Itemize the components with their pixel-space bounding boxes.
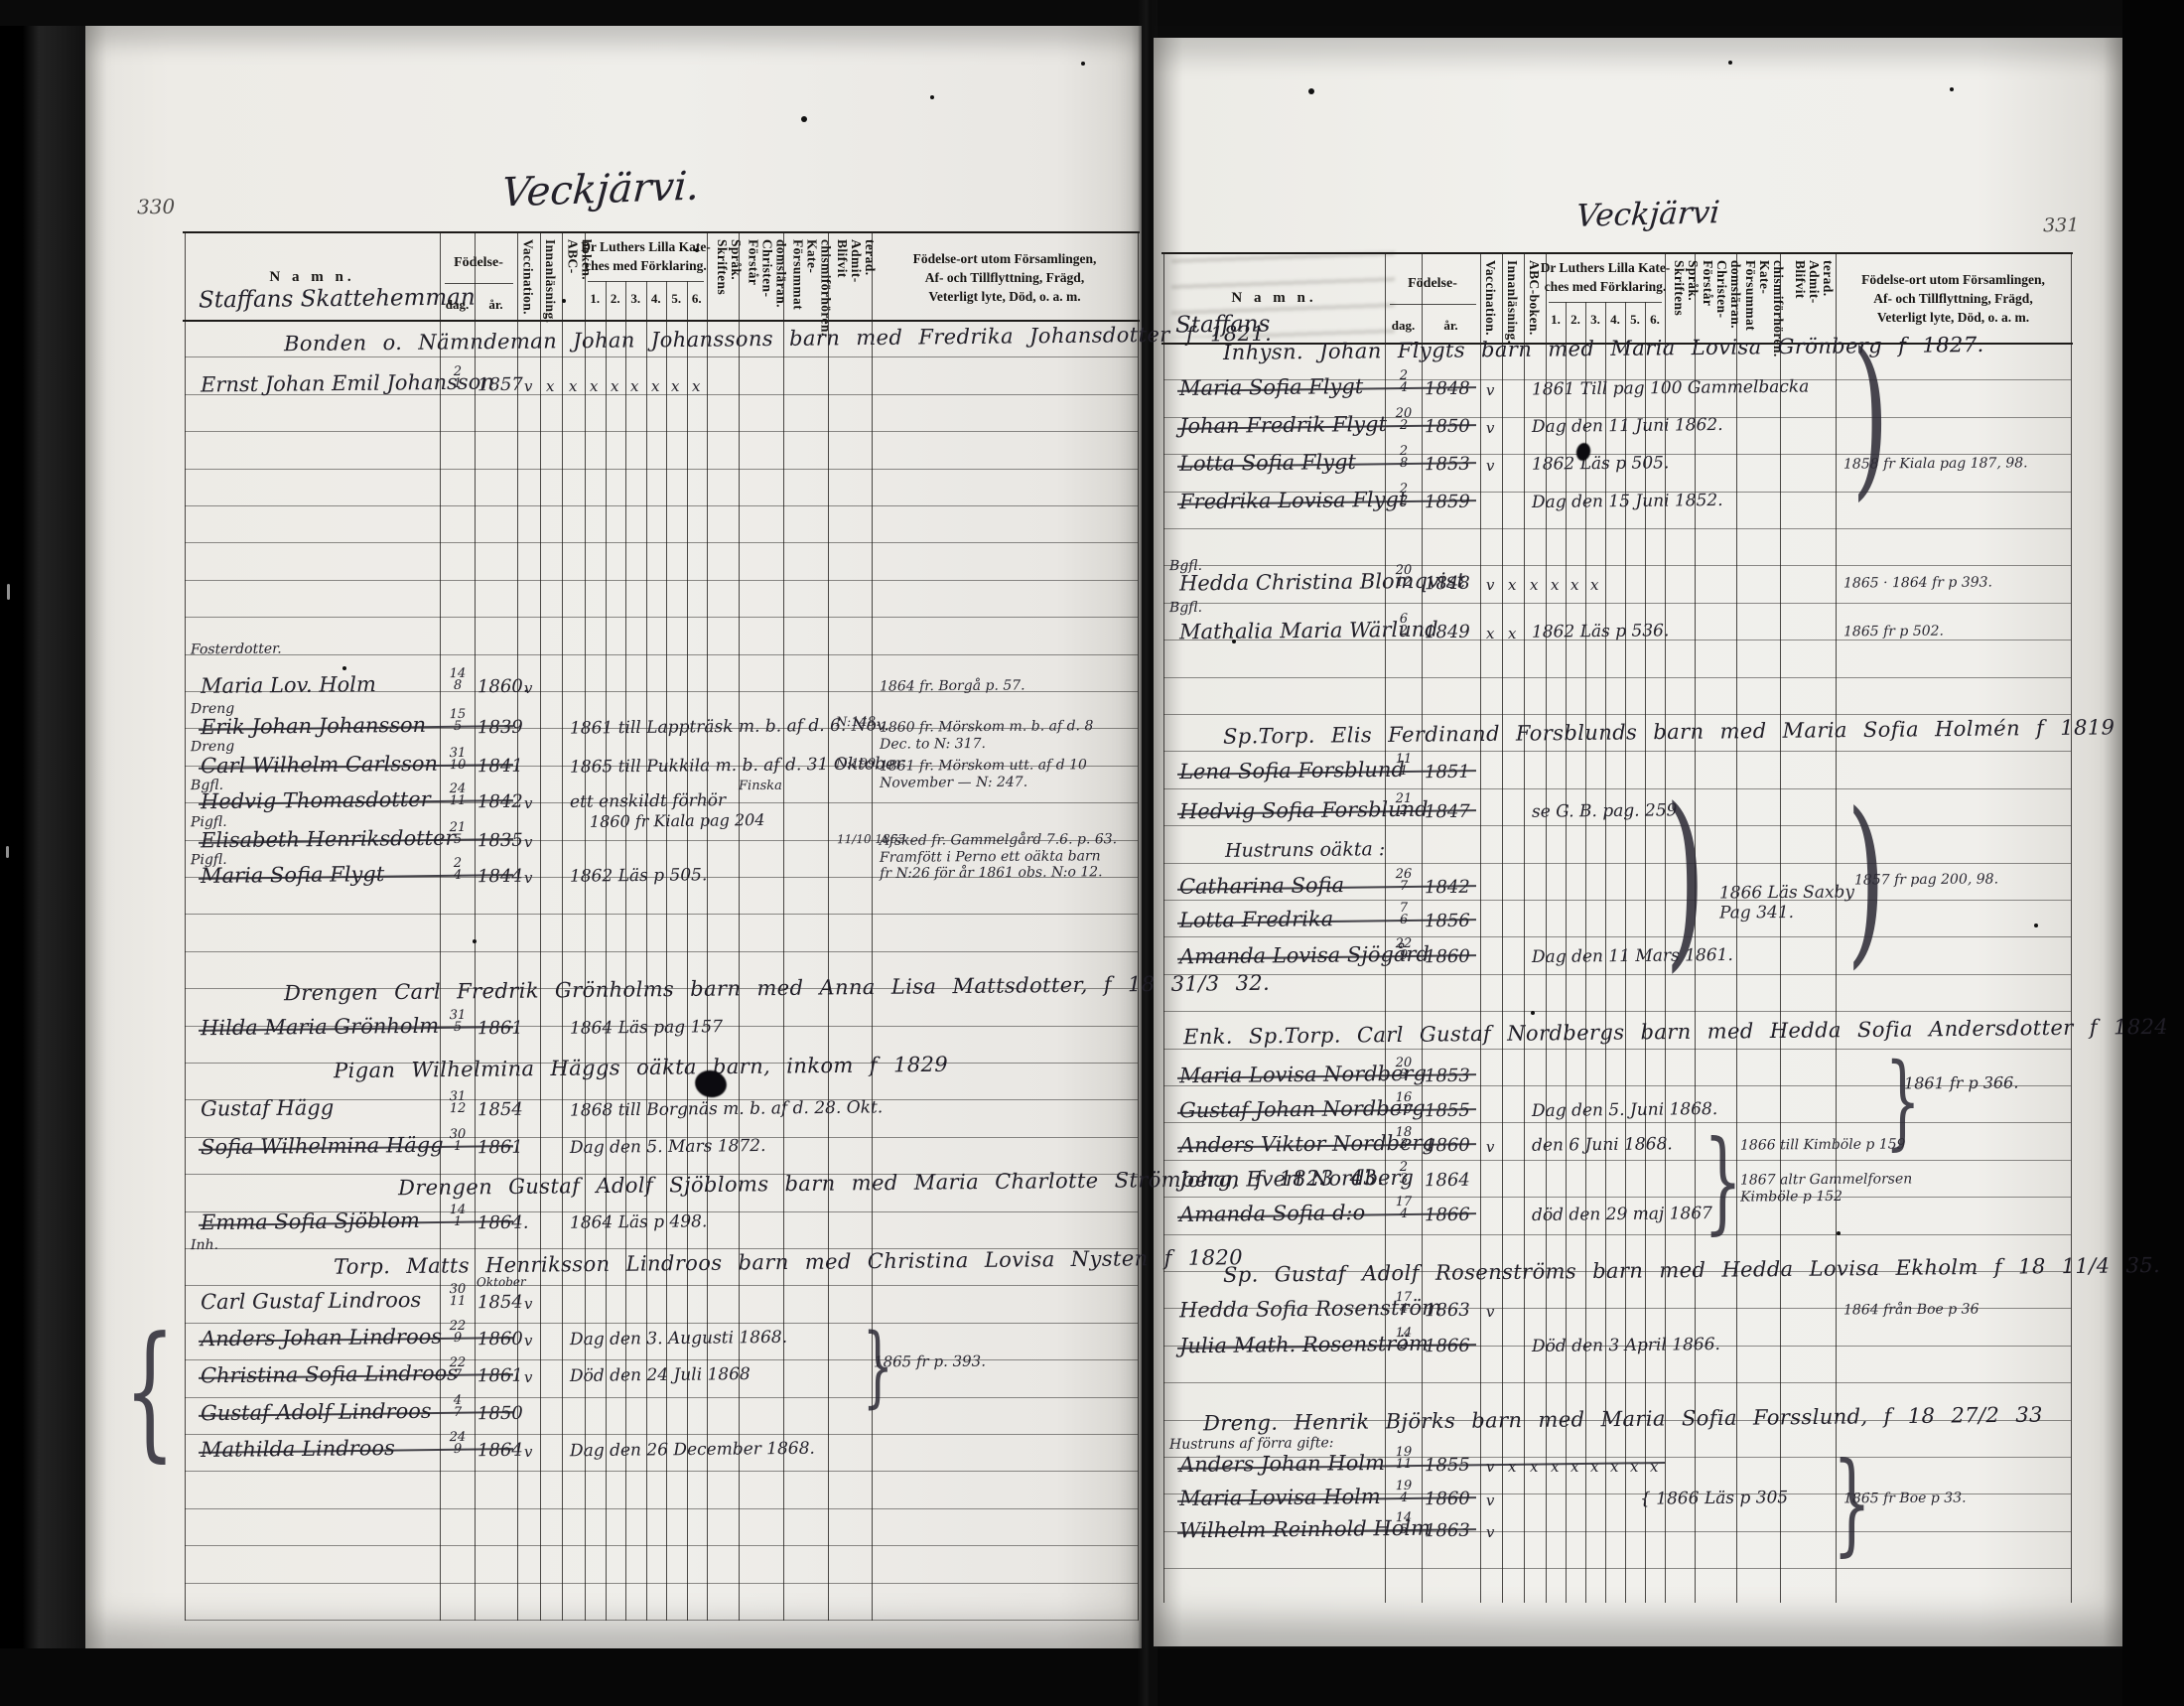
table-row-rule: [1163, 825, 2071, 826]
kateches-subrule: [588, 281, 704, 282]
kateches-subcolumn-number: 1.: [1551, 312, 1561, 328]
birth-year: 1857: [478, 374, 523, 395]
column-header-fodelse: Födelse-: [454, 255, 503, 271]
examination-mark: x: [692, 377, 701, 395]
birth-day: 31 5: [441, 1010, 473, 1034]
scan-left-margin: [0, 0, 87, 1706]
column-header-forsummat: Försummat Kate- chismiförhören.: [791, 239, 833, 314]
catechism-note: den 6 Juni 1868.: [1532, 1134, 1673, 1155]
kateches-subcolumn-rule: [606, 281, 607, 1621]
kateches-subcolumn-rule: [666, 281, 667, 1621]
margin-note: 1864 från Boe p 36: [1843, 1302, 1979, 1319]
birth-day: 17 4: [1387, 1292, 1419, 1316]
column-header-skriftens-sprak: Skriftens Språk.: [1672, 260, 1700, 337]
table-row-rule: [185, 654, 1138, 655]
birth-day: 14 8: [441, 668, 473, 692]
catechism-note: 1862 Läs p 505.: [570, 865, 708, 886]
examination-mark: v: [1486, 1492, 1495, 1509]
table-column-rule: [540, 231, 541, 1621]
examination-mark: v: [523, 1368, 532, 1386]
examination-mark: x: [568, 377, 577, 395]
scan-speck: [1308, 88, 1314, 94]
table-column-rule: [1480, 252, 1481, 1603]
kateches-subcolumn-number: 4.: [651, 291, 661, 307]
kateches-subcolumn-number: 2.: [1570, 312, 1580, 328]
examination-mark: x: [546, 377, 555, 395]
catechism-note: Dag den 5. Mars 1872.: [570, 1136, 766, 1158]
page-number: 331: [2043, 214, 2079, 236]
table-column-rule: [1385, 252, 1386, 1603]
birth-year: 1844: [478, 866, 523, 887]
birth-day: 2 4: [441, 858, 473, 882]
table-row-rule: [185, 914, 1138, 915]
examination-mark: v: [523, 1443, 532, 1461]
examination-mark: x: [1610, 1458, 1619, 1476]
table-top-rule: [1161, 252, 2073, 254]
column-header-forsummat: Försummat Kate- chismiförhören.: [1743, 260, 1785, 337]
margin-note: 1865 · 1864 fr p 393.: [1843, 574, 1992, 592]
birth-day: 20 2: [1387, 408, 1419, 432]
row-label: Hustruns oäkta :: [1225, 838, 1385, 862]
catechism-note: Dag den 15 Juni 1852.: [1532, 491, 1723, 512]
column-header-notes-line1: Födelse-ort utom Församlingen,: [1861, 272, 2045, 288]
column-header-kateches-line1: Dr Luthers Lilla Kate-: [1541, 260, 1671, 276]
mid-margin-note: 1867 altr Gammelforsen Kimböle p 152: [1740, 1171, 1913, 1205]
column-header-namn: N a m n.: [1231, 290, 1316, 307]
examination-mark: v: [1486, 1458, 1495, 1476]
catechism-note: 1861 Till pag 100 Gammelbacka: [1532, 377, 1810, 400]
person-name: Johan Evert Nordberg: [1179, 1166, 1414, 1192]
kateches-subcolumn-rule: [646, 281, 647, 1621]
birth-day: 30 11: [441, 1284, 473, 1308]
birth-day: 31 12: [441, 1091, 473, 1115]
table-column-rule: [1524, 252, 1525, 1603]
person-name: Hedda Christina Blomqvist: [1179, 568, 1465, 595]
birth-year: 1850: [478, 1403, 523, 1424]
column-header-namn: N a m n.: [269, 269, 354, 286]
table-row-rule: [185, 1323, 1138, 1324]
scan-speck: [473, 939, 477, 943]
scan-speck: [695, 248, 699, 252]
table-column-rule: [828, 231, 829, 1621]
scan-bottom-margin: [0, 1648, 2184, 1706]
scan-speck: [562, 299, 566, 303]
birth-day: 14 1: [441, 1205, 473, 1228]
table-row-rule: [185, 1583, 1138, 1584]
catechism-note: 1862 Läs p 505.: [1532, 453, 1670, 474]
row-label: Bgfl.: [1169, 600, 1202, 616]
catechism-note: Dag den 11 Juni 1862.: [1532, 415, 1723, 437]
column-header-abc-boken: ABC-boken.: [1527, 260, 1541, 337]
table-row-rule: [185, 542, 1138, 543]
birth-day: 30 1: [441, 1129, 473, 1153]
examination-mark: v: [1486, 1303, 1495, 1321]
ink-brace: }: [1704, 1120, 1742, 1244]
table-row-rule: [185, 1508, 1138, 1509]
table-row-rule: [1163, 788, 2071, 789]
catechism-note: 1862 Läs p 536.: [1532, 621, 1670, 641]
table-row-rule: [1163, 1568, 2071, 1569]
birth-day: 17 4: [1387, 1197, 1419, 1220]
table-column-rule: [1163, 252, 1164, 1603]
birth-year: 1861: [478, 1365, 523, 1386]
ink-brace: }: [1833, 1442, 1871, 1566]
table-row-rule: [1163, 936, 2071, 937]
table-row-rule: [185, 1434, 1138, 1435]
birth-year: 1835: [478, 830, 523, 851]
column-header-innanlasning: Innanläsning.: [543, 239, 557, 314]
kateches-subcolumn-number: 5.: [1630, 312, 1640, 328]
table-row-rule: [1163, 1160, 2071, 1161]
scan-right-margin: [2122, 0, 2184, 1706]
catechism-note: Dag den 26 December 1868.: [570, 1439, 815, 1462]
catechism-note: Dag den 5. Juni 1868.: [1532, 1099, 1717, 1121]
person-name: Lotta Fredrika: [1179, 907, 1333, 932]
table-row-rule: [1163, 1234, 2071, 1235]
table-column-rule: [707, 231, 708, 1621]
scan-speck: [342, 666, 346, 670]
table-row-rule: [1163, 714, 2071, 715]
birth-day: 4 7: [441, 1395, 473, 1419]
table-row-rule: [1163, 528, 2071, 529]
table-row-rule: [1163, 1197, 2071, 1198]
margin-note: 1861 fr. Mörskom utt. af d 10 November —…: [880, 757, 1087, 790]
birth-day: 18 3: [1387, 1127, 1419, 1151]
column-header-notes-line2: Af- och Tillflyttning, Frägd,: [1873, 291, 2032, 307]
margin-note: Afsked fr. Gammelgård 7.6. p. 63. Framfö…: [880, 831, 1118, 882]
column-header-notes-line2: Af- och Tillflyttning, Frägd,: [925, 270, 1084, 286]
birth-day: 22 9: [1387, 938, 1419, 962]
table-row-rule: [185, 1397, 1138, 1398]
scan-speck: [1531, 1011, 1535, 1015]
table-row-rule: [185, 431, 1138, 432]
catechism-note: 1868 till Borgnäs m. b. af d. 28. Okt.: [570, 1097, 883, 1120]
person-name: Maria Lov. Holm: [201, 672, 376, 698]
margin-note: 1860 fr. Mörskom m. b. af d. 8 Dec. to N…: [880, 718, 1094, 753]
column-header-dag: dag.: [1392, 318, 1415, 334]
table-top-rule: [183, 231, 1140, 233]
table-row-rule: [185, 1471, 1138, 1472]
column-header-notes-line3: Veterligt lyte, Död, o. a. m.: [1877, 310, 2029, 326]
birth-day: 22 7: [441, 1357, 473, 1381]
examination-mark: v: [1486, 457, 1495, 475]
birth-day: 14 5: [1387, 1512, 1419, 1536]
kateches-subcolumn-rule: [687, 281, 688, 1621]
birth-day: 2 2: [1387, 484, 1419, 507]
table-column-rule: [739, 231, 740, 1621]
catechism-note: död den 29 maj 1867: [1532, 1204, 1712, 1225]
scan-speck: [1232, 640, 1236, 643]
examination-mark: x: [1551, 1458, 1560, 1476]
row-label: Hustruns af förra gifte:: [1169, 1435, 1334, 1453]
column-header-dag: dag.: [446, 297, 469, 313]
birth-day: 7 6: [1387, 903, 1419, 926]
kateches-subcolumn-number: 4.: [1610, 312, 1620, 328]
table-row-rule: [185, 617, 1138, 618]
ink-brace: ): [1846, 779, 1885, 982]
table-column-rule: [1422, 252, 1423, 1603]
table-column-rule: [2071, 252, 2072, 1603]
ink-brace: ): [1851, 320, 1888, 513]
examination-mark: x: [671, 377, 680, 395]
table-row-rule: [185, 469, 1138, 470]
examination-mark: v: [523, 679, 532, 697]
table-row-rule: [185, 356, 1138, 357]
person-name: Catharina Sofia: [1179, 873, 1344, 899]
page-number: 330: [137, 195, 175, 218]
birth-day: 11 1: [1387, 754, 1419, 778]
birth-day: 16 10: [1387, 1092, 1419, 1116]
scan-scratch: [7, 584, 10, 600]
birth-day: 19 4: [1387, 1481, 1419, 1504]
examination-mark: x: [1570, 576, 1579, 594]
table-row-rule: [185, 1545, 1138, 1546]
birth-day: 19 11: [1387, 1447, 1419, 1471]
birth-day: 14 2: [1387, 1328, 1419, 1351]
person-name: Gustaf Hägg: [201, 1095, 334, 1120]
kateches-subcolumn-number: 1.: [590, 291, 600, 307]
column-header-ar: år.: [488, 297, 502, 313]
scan-top-margin: [0, 0, 2184, 26]
column-header-fodelse: Födelse-: [1408, 276, 1457, 292]
catechism-note: 1864 Läs p 498.: [570, 1211, 708, 1232]
birth-day: 2 8: [1387, 446, 1419, 470]
examination-mark: v: [1486, 1523, 1495, 1541]
birth-year: 1854: [478, 1099, 523, 1120]
examination-mark: x: [1630, 1458, 1639, 1476]
table-row-rule: [185, 951, 1138, 952]
examination-mark: v: [523, 869, 532, 887]
scan-speck: [930, 95, 934, 99]
kateches-subcolumn-number: 3.: [1590, 312, 1600, 328]
birth-year: 1860: [478, 1329, 523, 1350]
table-row-rule: [1163, 1122, 2071, 1123]
table-row-rule: [1163, 863, 2071, 864]
kateches-subcolumn-number: 3.: [630, 291, 640, 307]
table-row-rule: [1163, 1049, 2071, 1050]
birth-day: 2 3: [1387, 1162, 1419, 1186]
scan-speck: [1950, 87, 1954, 91]
column-header-kateches-line1: Dr Luthers Lilla Kate-: [581, 239, 711, 255]
examination-mark: v: [1486, 576, 1495, 594]
examination-mark: v: [1486, 419, 1495, 437]
catechism-note: 1864 Läs pag 157: [570, 1017, 723, 1039]
column-header-kateches-line2: ches med Förklaring.: [585, 258, 707, 274]
birth-day: 24 9: [441, 1432, 473, 1456]
row-label: Fosterdotter.: [191, 641, 282, 658]
examination-mark: x: [1508, 1458, 1517, 1476]
margin-scribble: 1866 Läs Saxby Pag 341.: [1719, 883, 1854, 924]
margin-scribble: N:148.: [836, 715, 880, 731]
examination-mark: v: [523, 377, 532, 395]
ink-brace: ): [1665, 773, 1706, 986]
examination-mark: x: [1570, 1458, 1579, 1476]
catechism-note: { 1866 Läs p 305: [1640, 1488, 1788, 1509]
column-header-forstar: Förstår Christen- domsläran.: [747, 239, 788, 314]
scan-speck: [801, 116, 807, 122]
kateches-subcolumn-number: 6.: [1650, 312, 1660, 328]
examination-mark: v: [1486, 381, 1495, 399]
catechism-note: se G. B. pag. 259: [1532, 800, 1678, 822]
kateches-subrule: [1549, 302, 1662, 303]
examination-mark: v: [523, 794, 532, 812]
examination-mark: v: [1486, 1138, 1495, 1156]
birth-year-note: Oktober: [477, 1275, 526, 1290]
birth-year: 1842: [478, 791, 523, 812]
column-header-notes-line3: Veterligt lyte, Död, o. a. m.: [928, 289, 1080, 305]
table-row-rule: [1163, 900, 2071, 901]
margin-note: 1865 fr p 502.: [1843, 624, 1944, 640]
birth-year: 1849: [1425, 622, 1470, 642]
table-column-rule: [783, 231, 784, 1621]
birth-day: 31 10: [441, 748, 473, 772]
birth-year: 1864: [478, 1440, 523, 1461]
ink-brace: }: [863, 1317, 893, 1416]
table-row-rule: [185, 505, 1138, 506]
kateches-subcolumn-number: 6.: [692, 291, 702, 307]
kateches-subcolumn-rule: [625, 281, 626, 1621]
birth-year: 1841: [478, 756, 523, 777]
column-header-kateches-line2: ches med Förklaring.: [1545, 279, 1667, 295]
scan-speck: [1837, 1231, 1841, 1235]
birth-day: 24 11: [441, 783, 473, 807]
examination-mark: x: [1650, 1458, 1659, 1476]
table-row-rule: [185, 1359, 1138, 1360]
birth-year: 1854: [478, 1292, 523, 1313]
row-label: Dreng: [191, 739, 234, 755]
birth-year: 1860.: [478, 676, 529, 698]
row-label: Inh.: [191, 1237, 218, 1253]
birth-year: 1839: [478, 717, 523, 738]
column-header-skriftens-sprak: Skriftens Språk.: [715, 239, 743, 314]
ink-brace: }: [1885, 1045, 1921, 1159]
birth-year: 1861: [478, 1137, 523, 1158]
examination-mark: x: [1486, 625, 1495, 642]
table-row-rule: [1163, 1382, 2071, 1383]
examination-mark: x: [1590, 1458, 1599, 1476]
table-column-rule: [185, 231, 186, 1621]
column-header-blifvit: Blifvit Admit- terad.: [835, 239, 877, 314]
scan-speck: [1728, 61, 1732, 65]
column-header-vaccination: Vaccination.: [521, 239, 535, 314]
examination-mark: x: [1551, 576, 1560, 594]
table-row-rule: [185, 1620, 1138, 1621]
birth-day: 20 3: [1387, 1058, 1419, 1081]
scan-scratch: [6, 846, 9, 858]
mid-margin-note: 1866 till Kimböle p 159: [1740, 1136, 1906, 1154]
fodelse-subrule: [445, 283, 513, 284]
birth-day: 21 2: [1387, 793, 1419, 817]
catechism-note: Dag den 3. Augusti 1868.: [570, 1328, 787, 1350]
examination-mark: x: [611, 377, 619, 395]
examination-mark: x: [590, 377, 599, 395]
birth-day: 2 4: [1387, 370, 1419, 394]
column-header-forstar: Förstår Christen- domsläran.: [1701, 260, 1742, 337]
examination-mark: v: [523, 1295, 532, 1313]
birth-year: 1863: [1425, 1300, 1470, 1321]
margin-note: 1864 fr. Borgå p. 57.: [880, 677, 1025, 695]
farm-heading: Staffans Skattehemman: [199, 285, 476, 314]
table-column-rule: [1736, 252, 1737, 1603]
margin-scribble: 11/10 1863: [837, 832, 905, 847]
kateches-subcolumn-number: 2.: [611, 291, 620, 307]
margin-scribble: Finska: [739, 779, 782, 794]
scan-speck: [1081, 62, 1085, 66]
birth-day: 21 5: [441, 822, 473, 846]
scanned-book-spread: Veckjärvi. Veckjärvi 330 331 Staffans Sk…: [0, 0, 2184, 1706]
examination-mark: x: [1590, 576, 1599, 594]
birth-day: 2 1: [441, 366, 473, 390]
birth-day: 15 5: [441, 709, 473, 733]
table-row-rule: [1163, 751, 2071, 752]
examination-mark: x: [1530, 1458, 1539, 1476]
examination-mark: x: [651, 377, 660, 395]
person-name: Carl Gustaf Lindroos: [201, 1288, 421, 1314]
kateches-subcolumn-number: 5.: [671, 291, 681, 307]
person-name: Anders Johan Holm: [1179, 1451, 1385, 1477]
table-row-rule: [185, 580, 1138, 581]
table-header-rule: [183, 320, 1140, 322]
catechism-note: Död den 24 Juli 1868: [570, 1364, 751, 1386]
column-header-notes-line1: Födelse-ort utom Församlingen,: [913, 251, 1097, 267]
page-title-script: Veckjärvi: [1528, 194, 1769, 235]
column-header-vaccination: Vaccination.: [1483, 260, 1497, 337]
birth-day: 22 9: [441, 1321, 473, 1345]
table-column-rule: [1138, 231, 1139, 1621]
fodelse-subrule: [1390, 304, 1476, 305]
examination-mark: x: [1508, 625, 1517, 642]
birth-year: 1848: [1425, 573, 1470, 594]
birth-year: 1864: [1425, 1170, 1470, 1191]
table-column-rule: [1836, 252, 1837, 1603]
examination-mark: x: [1530, 576, 1539, 594]
table-column-rule: [1502, 252, 1503, 1603]
birth-day: 6 2: [1387, 614, 1419, 638]
table-row-rule: [1163, 565, 2071, 566]
table-column-rule: [562, 231, 563, 1621]
table-row-rule: [1163, 1011, 2071, 1012]
catechism-note-2: 1860 fr Kiala pag 204: [590, 810, 765, 831]
birth-year: 1861: [478, 1018, 523, 1039]
catechism-note: Död den 3 April 1866.: [1532, 1335, 1720, 1356]
column-header-innanlasning: Innanläsning.: [1505, 260, 1519, 337]
examination-mark: x: [1508, 576, 1517, 594]
table-row-rule: [1163, 603, 2071, 604]
birth-day: 26 7: [1387, 869, 1419, 893]
table-column-rule: [585, 231, 586, 1621]
birth-day: 20 12: [1387, 565, 1419, 589]
column-header-blifvit: Blifvit Admit- terad.: [1793, 260, 1835, 337]
margin-scribble: N:199.: [836, 757, 880, 773]
table-row-rule: [185, 1285, 1138, 1286]
table-row-rule: [1163, 677, 2071, 678]
table-column-rule: [1780, 252, 1781, 1603]
scan-speck: [2034, 924, 2038, 927]
margin-scribble: 1861 fr p 366.: [1904, 1074, 2019, 1094]
catechism-note: ett enskildt förhör: [570, 790, 726, 812]
birth-year: 1864.: [478, 1212, 529, 1234]
examination-mark: x: [630, 377, 639, 395]
column-header-ar: år.: [1443, 318, 1457, 334]
examination-mark: v: [523, 1332, 532, 1350]
examination-mark: v: [523, 833, 532, 851]
ink-brace: {: [124, 1309, 176, 1473]
table-row-rule: [1163, 974, 2071, 975]
